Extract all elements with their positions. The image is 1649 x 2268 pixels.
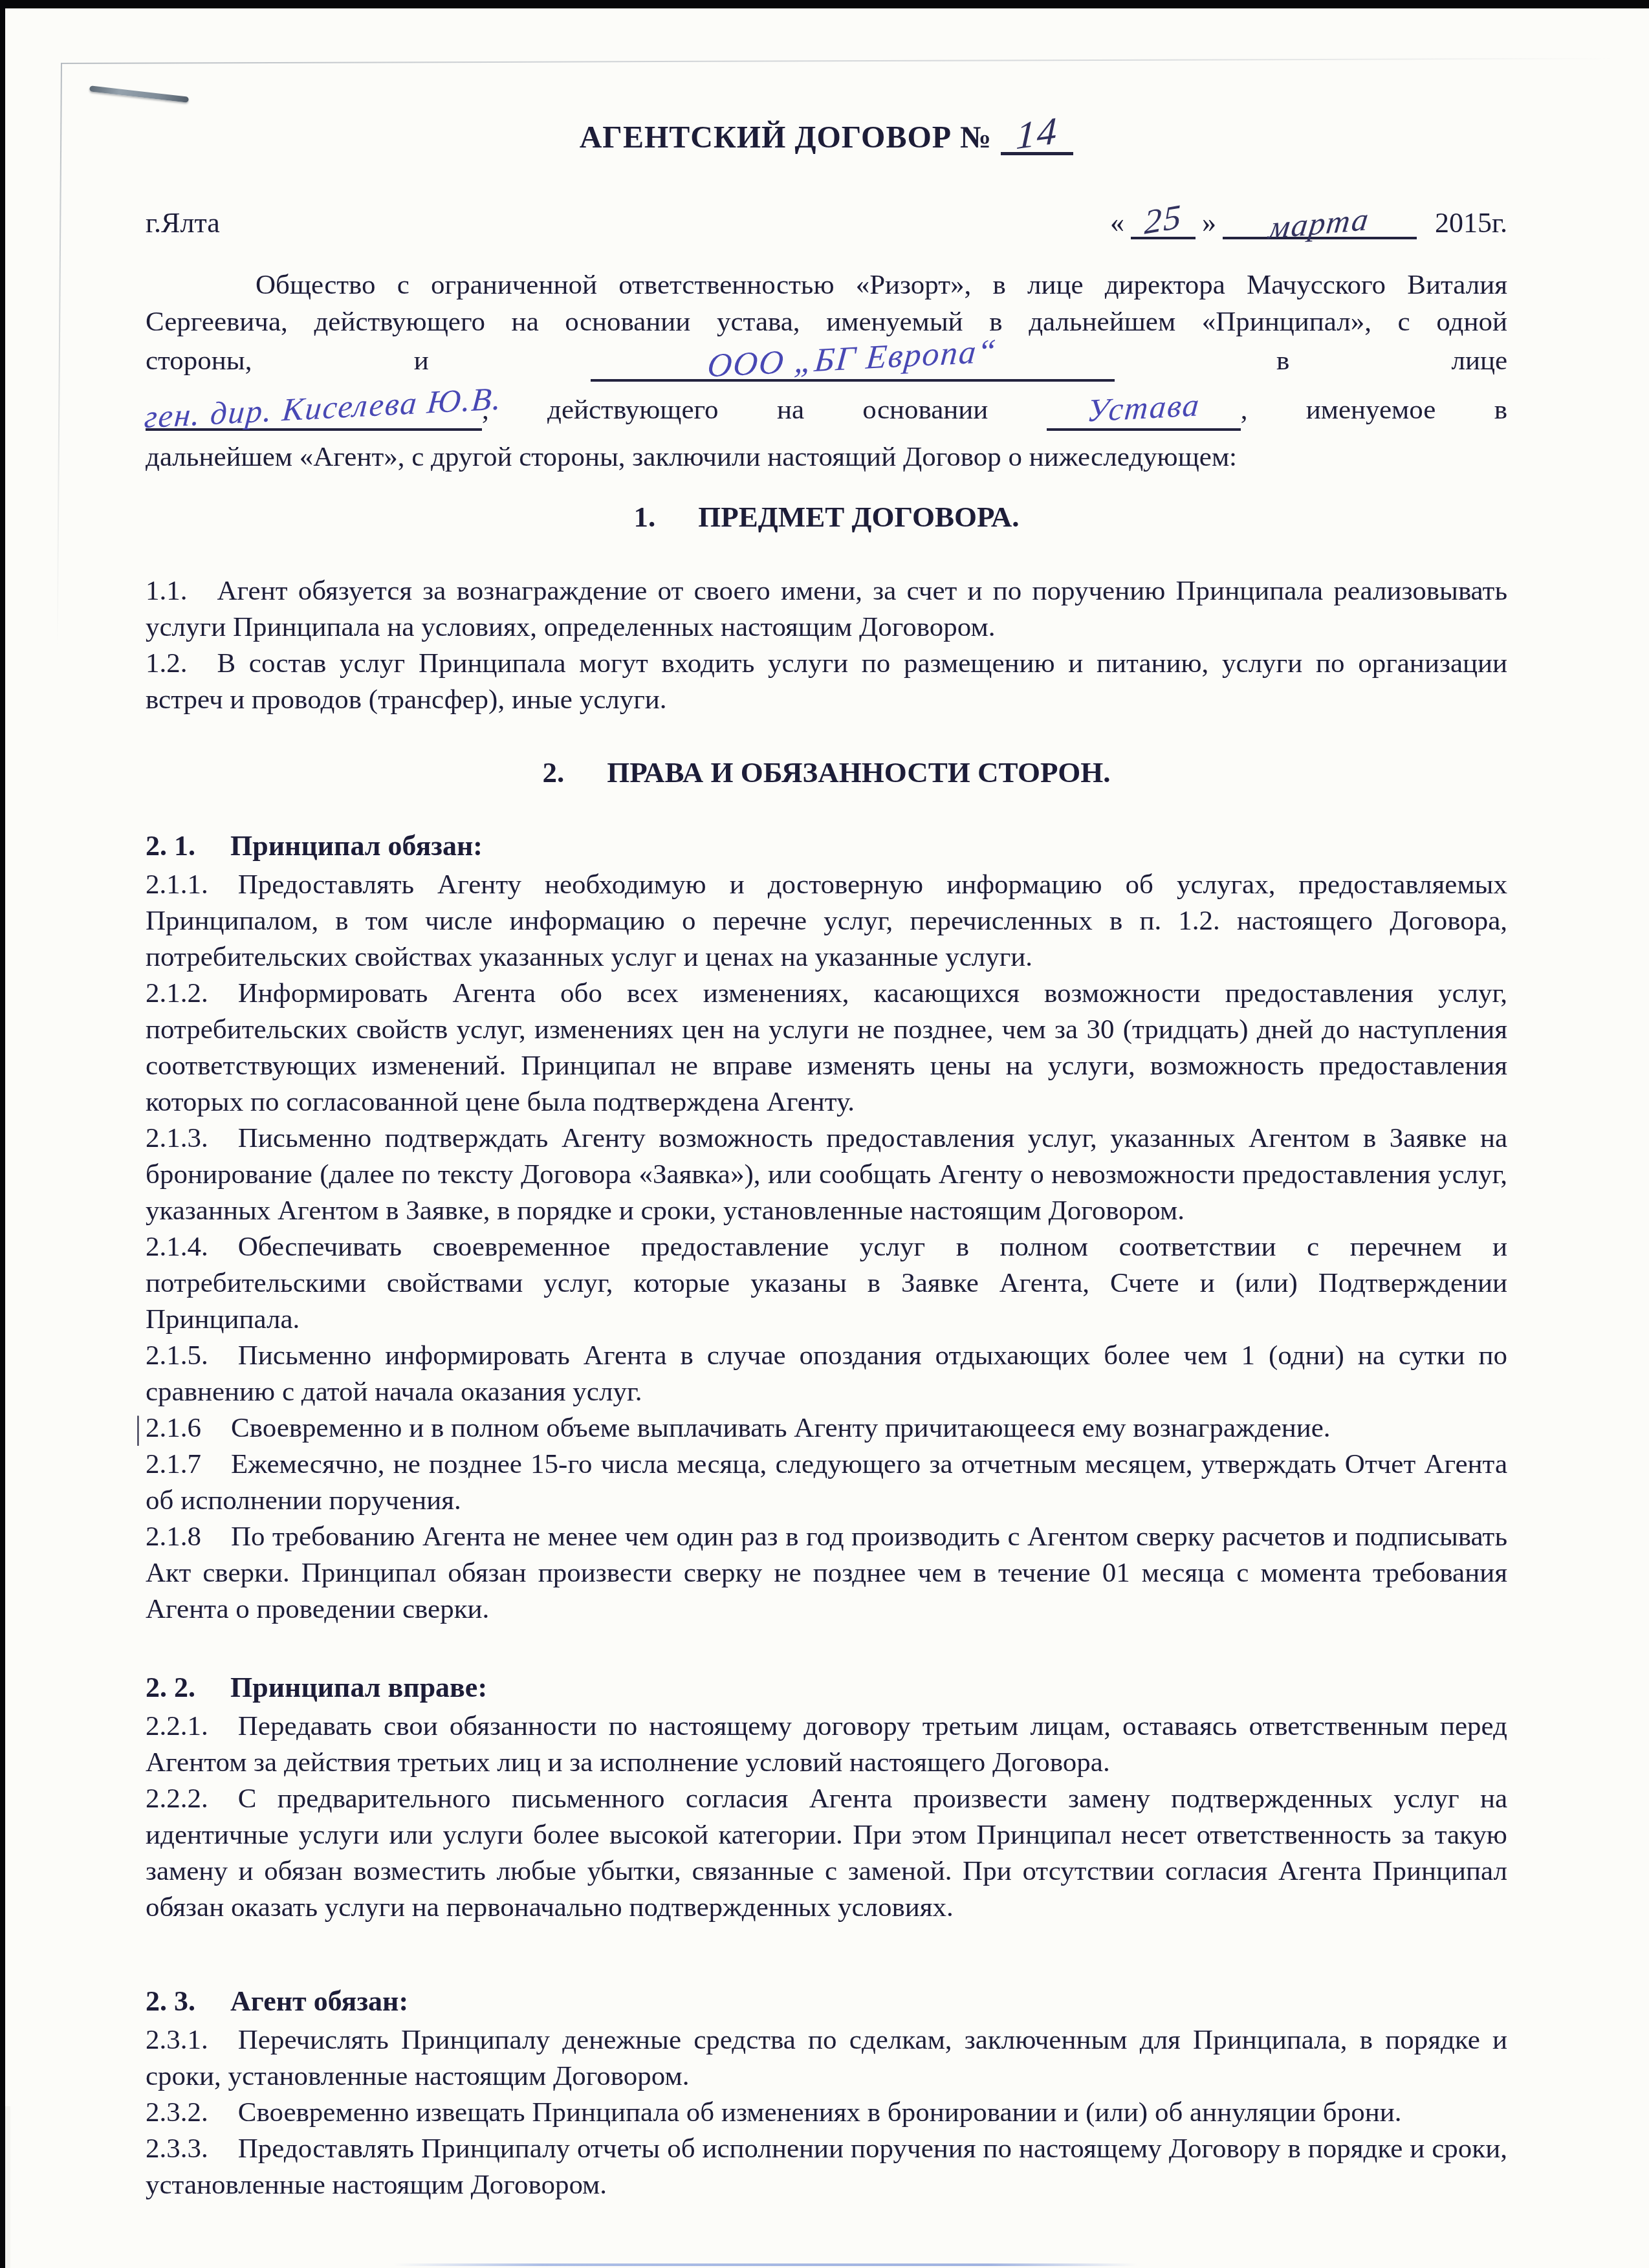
clause-number: 2.2.2. (146, 1783, 208, 1814)
contract-date: « 25 » марта 2015г. (1110, 195, 1507, 239)
clause-number: 1.2. (146, 648, 188, 679)
clause-2-1-4: 2.1.4.Обеспечивать своевременное предост… (146, 1229, 1507, 1338)
preamble-word: действующего (547, 391, 719, 428)
subsection-number: 2. 3. (146, 1985, 195, 2017)
punctuation: , (1241, 395, 1248, 425)
clause-2-3-2: 2.3.2.Своевременно извещать Принципала о… (146, 2095, 1507, 2131)
clause-text: Письменно информировать Агента в случае … (146, 1340, 1507, 1407)
clause-number: 2.3.1. (146, 2025, 208, 2055)
scan-edge-bottom-left (5, 2106, 10, 2268)
clause-2-1-5: 2.1.5.Письменно информировать Агента в с… (146, 1338, 1507, 1410)
clause-2-1-6: |2.1.6Своевременно и в полном объеме вып… (146, 1410, 1507, 1446)
clause-number: 2.1.5. (146, 1340, 208, 1371)
agent-director-group: ген. дир. Киселева Ю.В. , (146, 389, 489, 431)
date-open-quote: « (1110, 206, 1124, 239)
subsection-title: Принципал вправе: (230, 1672, 487, 1703)
section-1-heading: 1. ПРЕДМЕТ ДОГОВОРА. (146, 499, 1507, 536)
clause-1-1: 1.1.Агент обязуется за вознаграждение от… (146, 573, 1507, 646)
agent-company-handwritten: ООО „БГ Европа“ (706, 333, 999, 384)
clause-text: Передавать свои обязанности по настоящем… (146, 1711, 1507, 1778)
section-2-heading: 2. ПРАВА И ОБЯЗАННОСТИ СТОРОН. (146, 754, 1507, 791)
subsection-number: 2. 1. (146, 830, 195, 862)
charter-blank: Устава (1047, 389, 1241, 431)
agent-company-blank: ООО „БГ Европа“ (591, 340, 1115, 382)
clause-number: 2.1.7 (146, 1449, 201, 1479)
preamble-line-5: дальнейшем «Агент», с другой стороны, за… (146, 439, 1507, 475)
edit-mark: | (135, 1408, 141, 1449)
clause-number: 2.1.2. (146, 978, 208, 1009)
clause-2-1-1: 2.1.1.Предоставлять Агенту необходимую и… (146, 867, 1507, 976)
contract-city: г.Ялта (146, 206, 220, 239)
contract-content: АГЕНТСКИЙ ДОГОВОР № 14 г.Ялта « 25 » мар… (146, 8, 1507, 2203)
preamble-word: на (777, 391, 804, 428)
clause-text: Обеспечивать своевременное предоставлени… (146, 1232, 1507, 1335)
preamble-word: в (1276, 342, 1289, 379)
preamble-line-1: Общество с ограниченной ответственностью… (146, 267, 1507, 303)
subsection-number: 2. 2. (146, 1672, 195, 1703)
section-subject: 1. ПРЕДМЕТ ДОГОВОРА. 1.1.Агент обязуется… (146, 499, 1507, 718)
clause-text: Ежемесячно, не позднее 15-го числа месяц… (146, 1449, 1507, 1516)
clause-text: С предварительного письменного согласия … (146, 1783, 1507, 1923)
date-close-quote: » (1202, 206, 1216, 239)
clause-text: Перечислять Принципалу денежные средства… (146, 2025, 1507, 2091)
clause-2-2-2: 2.2.2.С предварительного письменного сог… (146, 1781, 1507, 1926)
clause-2-3-3: 2.3.3.Предоставлять Принципалу отчеты об… (146, 2131, 1507, 2203)
clause-text: В состав услуг Принципала могут входить … (146, 648, 1507, 715)
clause-text: Информировать Агента обо всех изменениях… (146, 978, 1507, 1117)
clause-2-1-8: 2.1.8По требованию Агента не менее чем о… (146, 1519, 1507, 1628)
contract-meta-row: г.Ялта « 25 » марта 2015г. (146, 195, 1507, 239)
subsection-2-2-header: 2. 2.Принципал вправе: (146, 1669, 1507, 1706)
clause-number: 1.1. (146, 576, 188, 606)
clause-number: 2.3.2. (146, 2097, 208, 2128)
subsection-2-3-header: 2. 3.Агент обязан: (146, 1983, 1507, 2020)
section-2-number: 2. (543, 754, 565, 791)
preamble-word: именуемое (1306, 391, 1436, 428)
preamble-word: основании (862, 391, 988, 428)
contract-number-handwritten: 14 (1016, 109, 1059, 158)
preamble-word: стороны, (146, 342, 252, 379)
clause-2-1-3: 2.1.3.Письменно подтверждать Агенту возм… (146, 1120, 1507, 1229)
charter-group: Устава , (1047, 389, 1248, 431)
clause-2-2-1: 2.2.1.Передавать свои обязанности по нас… (146, 1708, 1507, 1781)
charter-handwritten: Устава (1086, 386, 1202, 429)
contract-title: АГЕНТСКИЙ ДОГОВОР № 14 (146, 103, 1507, 155)
clause-2-3-1: 2.3.1.Перечислять Принципалу денежные ср… (146, 2022, 1507, 2095)
paper-edge-vertical (57, 63, 62, 645)
clause-number: 2.1.3. (146, 1123, 208, 1153)
subsection-2-1-header: 2. 1.Принципал обязан: (146, 827, 1507, 864)
section-1-number: 1. (634, 499, 656, 536)
date-month-blank: марта (1223, 195, 1417, 239)
clause-text: Предоставлять Агенту необходимую и досто… (146, 869, 1507, 972)
section-rights-obligations: 2. ПРАВА И ОБЯЗАННОСТИ СТОРОН. 2. 1.Прин… (146, 754, 1507, 2203)
preamble-line-4: ген. дир. Киселева Ю.В. , действующего н… (146, 389, 1507, 439)
clause-text: Агент обязуется за вознаграждение от сво… (146, 576, 1507, 642)
date-year: 2015г. (1435, 206, 1507, 239)
clause-number: 2.1.1. (146, 869, 208, 900)
subsection-title: Агент обязан: (230, 1985, 408, 2017)
clause-number: 2.1.4. (146, 1232, 208, 1262)
clause-number: 2.3.3. (146, 2133, 208, 2164)
clause-2-1-2: 2.1.2.Информировать Агента обо всех изме… (146, 976, 1507, 1120)
preamble-word: и (414, 342, 429, 379)
clause-2-1-7: 2.1.7Ежемесячно, не позднее 15-го числа … (146, 1446, 1507, 1519)
preamble: Общество с ограниченной ответственностью… (146, 267, 1507, 475)
clause-number: 2.1.8 (146, 1521, 201, 1552)
contract-number-blank: 14 (1001, 103, 1073, 155)
clause-text: Своевременно извещать Принципала об изме… (238, 2097, 1402, 2128)
section-1-title: ПРЕДМЕТ ДОГОВОРА. (698, 499, 1019, 536)
clause-number: 2.1.6 (146, 1413, 201, 1443)
clause-text: По требованию Агента не менее чем один р… (146, 1521, 1507, 1624)
contract-title-text: АГЕНТСКИЙ ДОГОВОР № (580, 120, 992, 155)
scan-ink-streak (393, 2263, 1137, 2266)
section-2-title: ПРАВА И ОБЯЗАННОСТИ СТОРОН. (607, 754, 1110, 791)
agent-director-blank: ген. дир. Киселева Ю.В. (146, 389, 482, 431)
preamble-line-2: Сергеевича, действующего на основании ус… (146, 303, 1507, 340)
clause-text: Своевременно и в полном объеме выплачива… (231, 1413, 1331, 1443)
date-month-handwritten: марта (1267, 200, 1372, 246)
clause-1-2: 1.2.В состав услуг Принципала могут вход… (146, 646, 1507, 718)
date-day-handwritten: 25 (1144, 196, 1182, 242)
clause-text: Письменно подтверждать Агенту возможност… (146, 1123, 1507, 1226)
preamble-line-3: стороны, и ООО „БГ Европа“ в лице (146, 340, 1507, 389)
preamble-word: лице (1451, 342, 1507, 379)
document-page: АГЕНТСКИЙ ДОГОВОР № 14 г.Ялта « 25 » мар… (5, 8, 1649, 2268)
date-day-blank: 25 (1131, 195, 1196, 239)
clause-text: Предоставлять Принципалу отчеты об испол… (146, 2133, 1507, 2200)
clause-number: 2.2.1. (146, 1711, 208, 1741)
subsection-title: Принципал обязан: (230, 830, 483, 862)
preamble-word: в (1494, 391, 1507, 428)
